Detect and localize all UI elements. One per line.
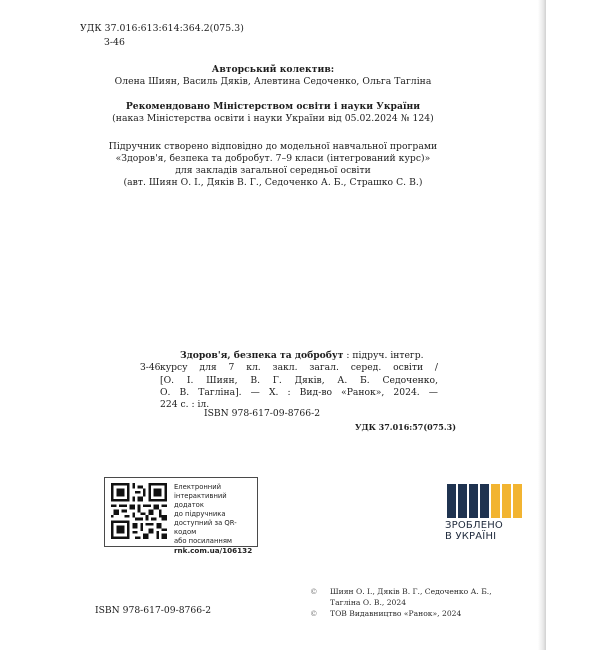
author-code: З-46: [104, 37, 125, 48]
made-in-ukraine-bars-icon: [445, 484, 519, 518]
qr-text-line: Електронний: [174, 483, 257, 492]
program-note-line: Підручник створено відповідно до модельн…: [0, 141, 583, 152]
biblio-title: Здоров'я, безпека та добробут: [180, 350, 343, 361]
copyright-icon: ©: [310, 609, 330, 618]
recommendation-order: (наказ Міністерства освіти і науки Украї…: [0, 113, 546, 124]
biblio-title-rest: : підруч. інтегр.: [343, 350, 423, 361]
copyright-authors-text: Шиян О. І., Дяків В. Г., Седоченко А. Б.…: [330, 587, 492, 596]
udk-code: УДК 37.016:613:614:364.2(075.3): [80, 23, 244, 34]
program-note-line: «Здоров'я, безпека та добробут. 7–9 клас…: [0, 153, 583, 164]
footer-isbn: ISBN 978-617-09-8766-2: [95, 605, 211, 616]
qr-text-line: або посиланням: [174, 537, 257, 546]
bibliographic-record: З-46 Здоров'я, безпека та добробут : під…: [160, 350, 438, 411]
copyright-authors-cont: Тагліна О. В., 2024: [330, 598, 406, 607]
copyright-icon: ©: [310, 587, 330, 596]
qr-info-box: Електронний інтерактивний додаток до під…: [104, 477, 258, 547]
qr-text-line: інтерактивний додаток: [174, 492, 257, 510]
biblio-udk: УДК 37.016:57(075.3): [355, 422, 456, 432]
biblio-line: курсу для 7 кл. закл. загал. серед. осві…: [160, 362, 438, 374]
biblio-line: О. В. Тагліна]. — Х. : Вид-во «Ранок», 2…: [160, 387, 438, 399]
qr-code-icon[interactable]: [111, 483, 167, 539]
made-in-ukraine-logo: ЗРОБЛЕНО В УКРАЇНІ: [445, 484, 525, 544]
logo-line-1: ЗРОБЛЕНО: [445, 520, 503, 531]
program-note-line: (авт. Шиян О. І., Дяків В. Г., Седоченко…: [0, 177, 583, 188]
qr-text-line: до підручника: [174, 510, 257, 519]
qr-description: Електронний інтерактивний додаток до під…: [174, 483, 257, 555]
logo-text: ЗРОБЛЕНО В УКРАЇНІ: [445, 520, 503, 542]
biblio-code: З-46: [140, 362, 161, 374]
qr-link[interactable]: rnk.com.ua/106132: [174, 546, 257, 555]
recommendation-title: Рекомендовано Міністерством освіти і нау…: [0, 101, 546, 112]
copyright-publisher-text: ТОВ Видавництво «Ранок», 2024: [330, 609, 461, 618]
program-note-line: для закладів загальної середньої освіти: [0, 165, 583, 176]
logo-line-2: В УКРАЇНІ: [445, 531, 503, 542]
imprint-page: УДК 37.016:613:614:364.2(075.3) З-46 Авт…: [0, 0, 546, 650]
copyright-authors: ©Шиян О. І., Дяків В. Г., Седоченко А. Б…: [310, 587, 492, 596]
qr-text-line: доступний за QR-кодом: [174, 519, 257, 537]
authors-names: Олена Шиян, Василь Дяків, Алевтина Седоч…: [0, 76, 546, 87]
biblio-title-line: Здоров'я, безпека та добробут : підруч. …: [160, 350, 438, 362]
authors-heading: Авторський колектив:: [0, 64, 546, 75]
copyright-publisher: ©ТОВ Видавництво «Ранок», 2024: [310, 609, 461, 618]
biblio-isbn: ISBN 978-617-09-8766-2: [204, 408, 320, 419]
background: [546, 0, 610, 650]
biblio-line: [О. І. Шиян, В. Г. Дяків, А. Б. Седоченк…: [160, 375, 438, 387]
